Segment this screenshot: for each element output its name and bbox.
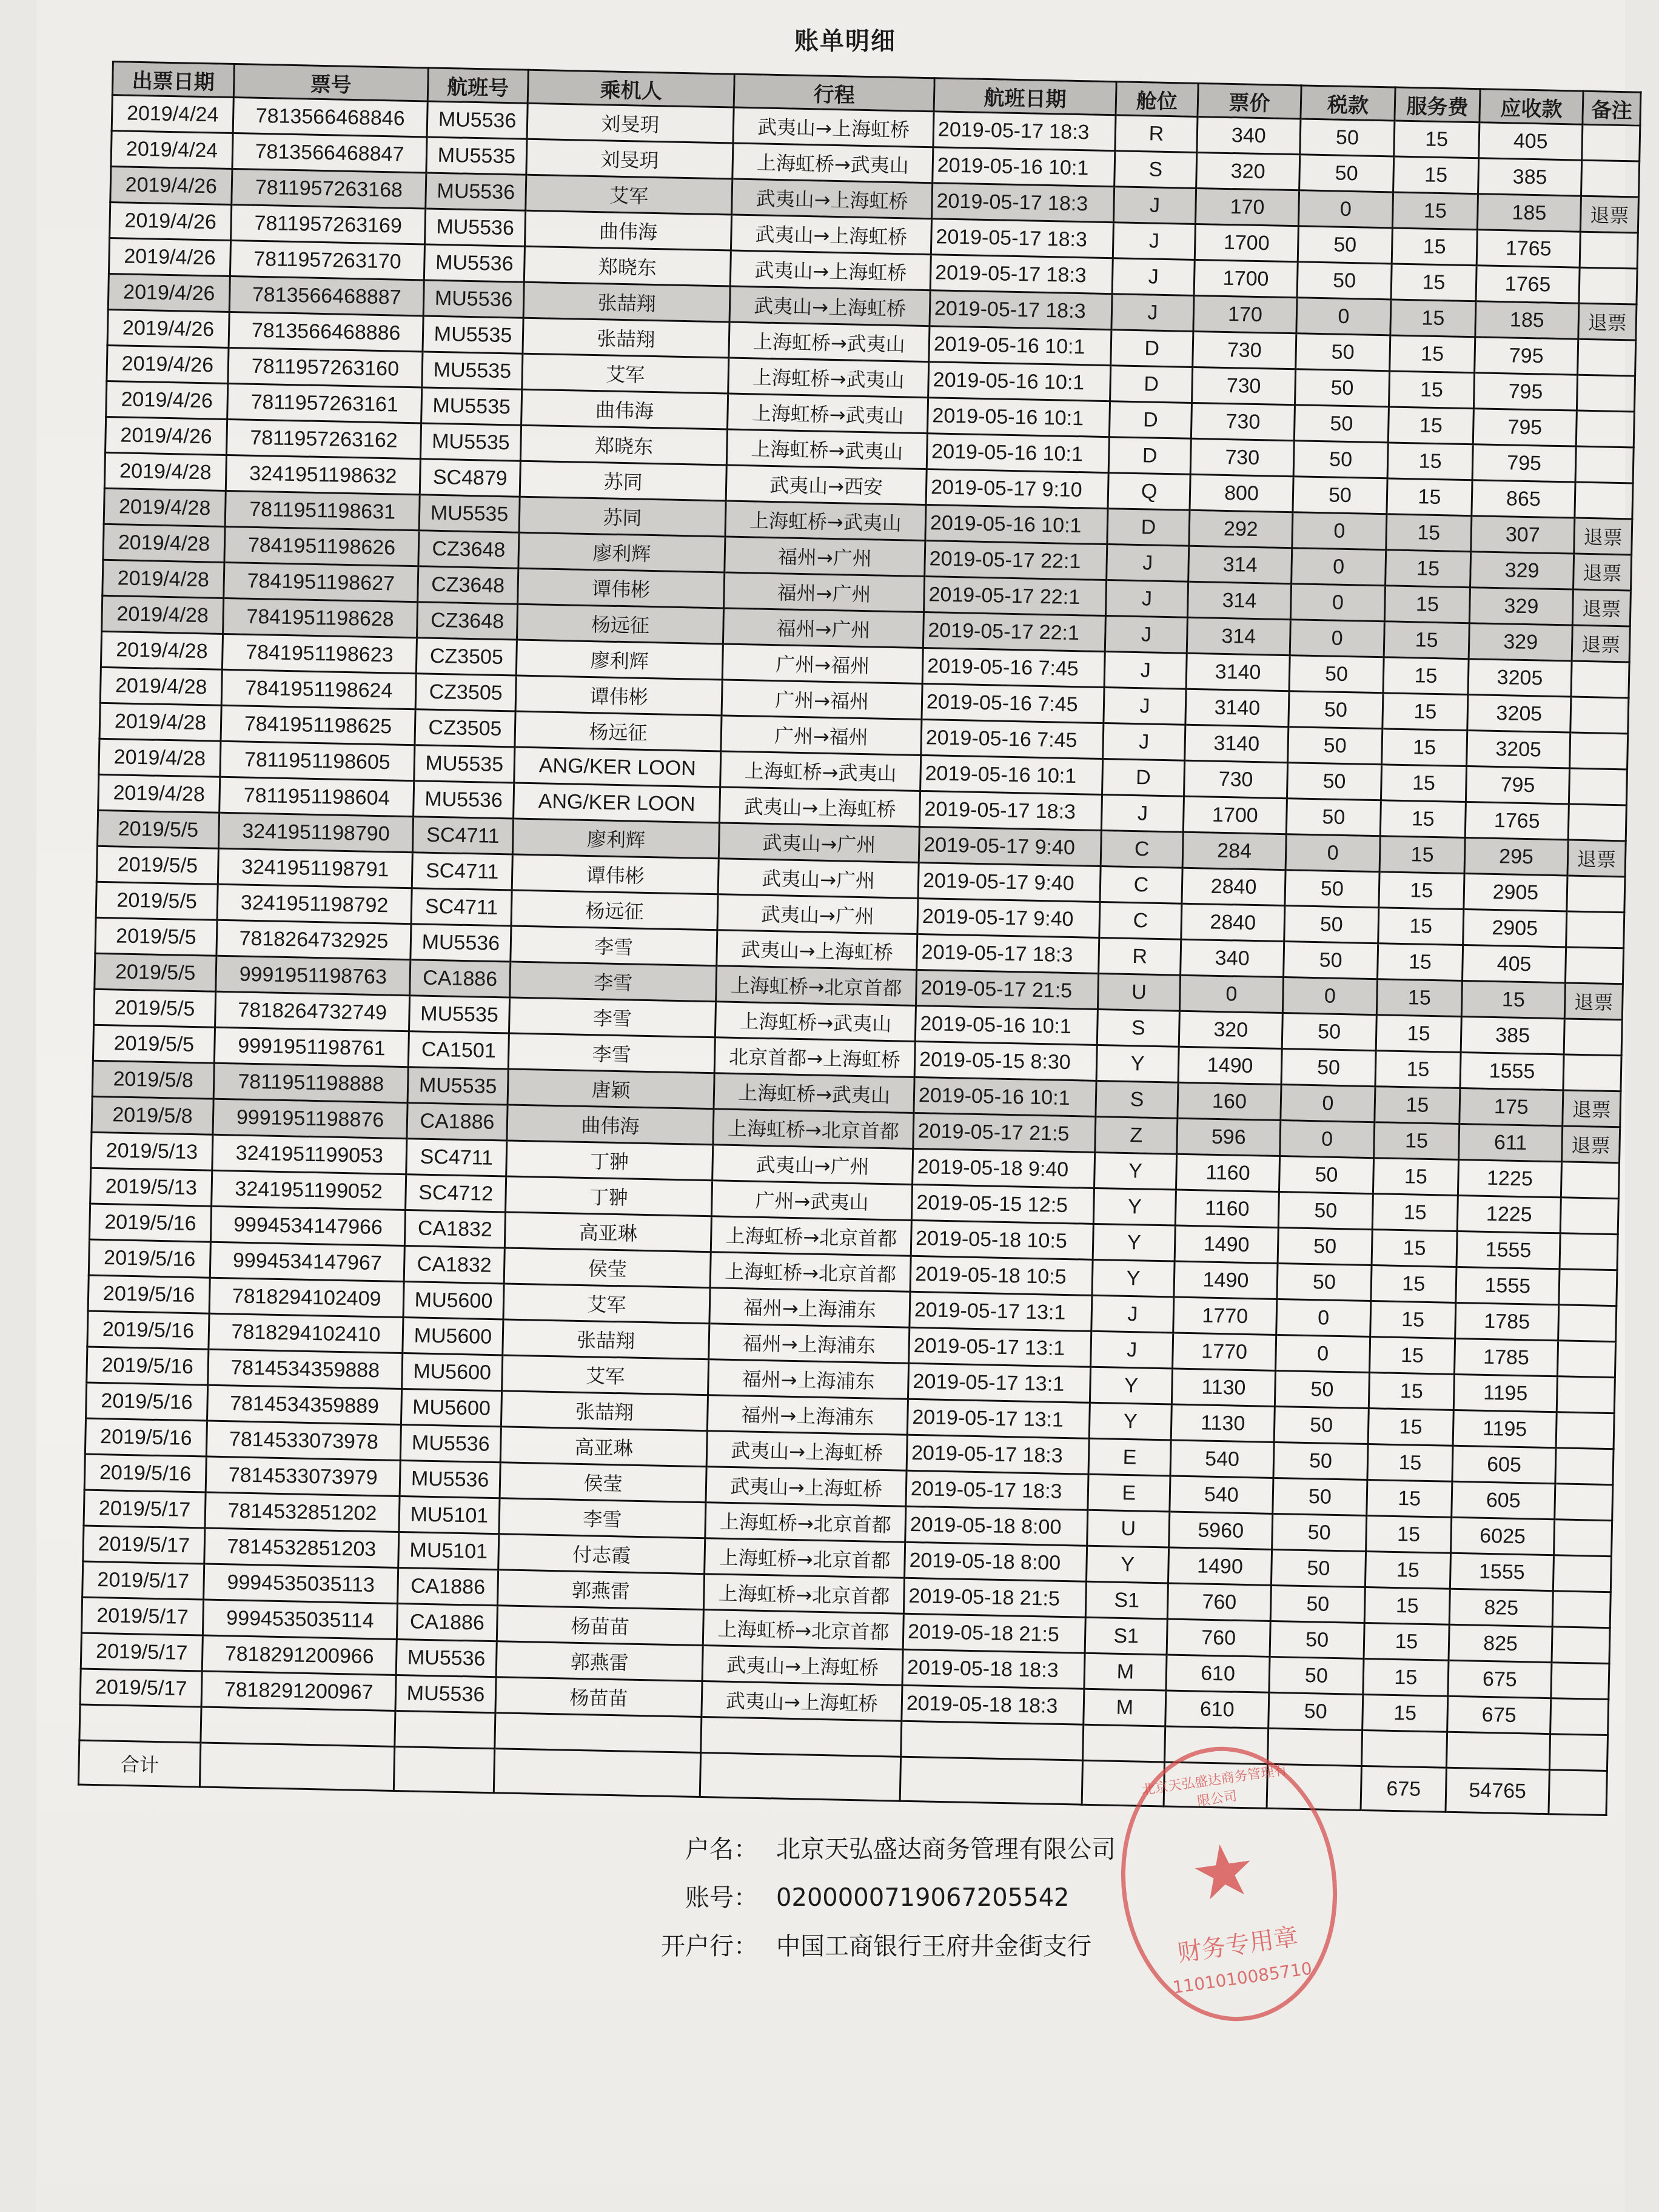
table-cell: 2019/5/5	[95, 917, 217, 956]
table-cell	[1566, 911, 1624, 948]
table-cell: 2905	[1463, 910, 1567, 947]
table-cell: 50	[1270, 1621, 1364, 1658]
table-cell: 郑晓东	[520, 425, 727, 465]
table-cell: 2019-05-17 13:1	[908, 1363, 1090, 1403]
table-cell: M	[1084, 1653, 1167, 1691]
table-cell: 760	[1167, 1583, 1271, 1621]
table-cell: 福州→上海浦东	[707, 1395, 908, 1435]
table-cell: 0	[1276, 1299, 1371, 1336]
table-cell: 廖利辉	[516, 640, 723, 680]
table-cell: 795	[1472, 444, 1576, 482]
table-cell: 15	[1384, 586, 1470, 623]
table-cell: 1700	[1195, 224, 1298, 261]
bank-name: 中国工商银行王府井金街支行	[776, 1922, 1091, 1971]
table-cell: 1490	[1174, 1261, 1278, 1299]
table-cell: 上海虹桥→北京首都	[703, 1574, 904, 1614]
table-cell: 上海虹桥→武夷山	[725, 501, 926, 541]
table-cell	[1570, 732, 1628, 769]
table-cell: CZ3505	[415, 674, 516, 711]
table-cell: 15	[1386, 550, 1471, 588]
table-cell: 2019-05-17 22:1	[923, 612, 1105, 652]
table-cell: 7841951198626	[224, 526, 419, 566]
table-cell: 50	[1296, 333, 1390, 371]
table-cell: MU5536	[395, 1675, 496, 1712]
table-cell: 2019-05-17 18:3	[907, 1435, 1089, 1474]
table-cell: CZ3648	[417, 602, 517, 640]
table-cell: 2019-05-17 9:10	[926, 469, 1108, 509]
table-cell	[1565, 947, 1623, 984]
table-cell: 795	[1475, 337, 1578, 375]
table-cell: CA1832	[404, 1246, 504, 1284]
table-cell: 郭燕雷	[497, 1570, 704, 1610]
table-cell: 15	[1387, 478, 1472, 516]
table-cell: 2019-05-17 18:3	[919, 791, 1102, 830]
table-cell: 杨远征	[511, 890, 718, 930]
table-cell: 2019-05-18 10:5	[910, 1256, 1093, 1295]
table-cell: 退票	[1574, 518, 1632, 555]
table-cell: 2019-05-17 9:40	[919, 826, 1101, 866]
table-cell: 2019/5/16	[88, 1275, 210, 1313]
table-cell: C	[1101, 830, 1183, 868]
table-cell: 15	[1378, 908, 1464, 945]
table-cell: 福州→上海浦东	[708, 1359, 909, 1399]
table-cell	[1563, 1054, 1621, 1091]
table-cell: 0	[1290, 620, 1384, 657]
table-cell: 50	[1281, 1049, 1376, 1087]
table-cell: 15	[1392, 228, 1477, 266]
table-cell: J	[1112, 258, 1195, 296]
account-name-label: 户名：	[618, 1825, 758, 1874]
table-cell	[1554, 1520, 1612, 1557]
table-cell: 2019/5/5	[96, 882, 218, 920]
table-cell: 7814532851203	[204, 1528, 399, 1567]
table-cell: 15	[1371, 1265, 1456, 1303]
table-cell: 15	[1374, 1122, 1460, 1160]
column-header: 行程	[734, 74, 934, 112]
table-cell: 1490	[1175, 1225, 1278, 1263]
table-cell: SC4711	[411, 888, 512, 926]
table-cell: MU5600	[401, 1389, 501, 1427]
table-cell: R	[1099, 937, 1181, 975]
table-cell: 7811957263168	[232, 169, 426, 209]
table-cell: MU5535	[407, 1067, 508, 1105]
table-cell: 上海虹桥→武夷山	[726, 429, 927, 469]
table-cell: 武夷山→广州	[718, 859, 919, 899]
table-cell: 2019/5/16	[86, 1382, 208, 1421]
bank-row: 开户行： 中国工商银行王府井金街支行	[618, 1922, 1116, 1971]
table-cell: MU5536	[423, 280, 524, 318]
table-cell: E	[1088, 1438, 1171, 1476]
table-cell: 1765	[1476, 230, 1580, 267]
table-cell: 2019/4/26	[110, 166, 232, 204]
table-cell: 2019/4/28	[99, 703, 221, 741]
table-cell: 15	[1362, 1694, 1448, 1732]
table-cell: 2019-05-16 7:45	[922, 648, 1105, 688]
table-cell: MU5536	[427, 101, 528, 139]
table-cell: 170	[1195, 188, 1299, 226]
table-cell: J	[1104, 652, 1187, 689]
table-cell: 福州→广州	[724, 572, 925, 612]
table-cell: 2019/5/17	[83, 1526, 205, 1564]
table-cell: 50	[1277, 1263, 1372, 1301]
table-cell: 2019/5/5	[93, 1025, 215, 1063]
table-cell: 上海虹桥→武夷山	[715, 1002, 916, 1042]
table-cell: S	[1097, 1009, 1179, 1047]
table-cell: 15	[1366, 1516, 1452, 1553]
table-cell: J	[1091, 1295, 1174, 1333]
table-cell: Y	[1090, 1367, 1172, 1404]
table-cell: 1490	[1178, 1047, 1282, 1084]
table-cell: 15	[1382, 729, 1467, 766]
table-cell: J	[1113, 187, 1196, 224]
table-cell: 15	[1363, 1658, 1449, 1696]
table-cell: 50	[1299, 155, 1394, 192]
table-cell: 15	[1375, 1051, 1461, 1088]
table-cell: 艾军	[503, 1284, 710, 1324]
table-cell: 3241951198792	[217, 884, 412, 923]
table-cell: 2019-05-17 9:40	[918, 862, 1101, 902]
table-cell: MU5536	[411, 924, 511, 962]
table-cell: SC4879	[420, 459, 520, 497]
table-cell: C	[1099, 902, 1182, 939]
column-header: 出票日期	[112, 62, 234, 98]
table-cell: Y	[1092, 1259, 1175, 1297]
table-cell: 15	[1369, 1373, 1454, 1410]
column-header: 航班号	[427, 68, 528, 103]
table-cell	[1576, 411, 1634, 447]
table-cell: 7811957263169	[231, 204, 426, 244]
table-cell	[1560, 1233, 1618, 1270]
table-cell: 广州→武夷山	[711, 1181, 912, 1221]
table-cell: 9994535035114	[203, 1600, 397, 1639]
table-cell: 730	[1193, 331, 1296, 369]
table-cell	[1550, 1698, 1609, 1735]
table-cell: 2905	[1464, 874, 1567, 911]
table-cell: 2019-05-17 18:3	[930, 290, 1112, 330]
table-cell: J	[1091, 1331, 1173, 1369]
table-cell: 曲伟海	[507, 1105, 714, 1145]
table-cell: 15	[1364, 1623, 1449, 1660]
table-cell: 2019-05-17 18:3	[930, 255, 1113, 294]
column-header: 航班日期	[934, 78, 1116, 115]
column-header: 应收款	[1480, 89, 1583, 124]
table-cell: 7813566468847	[232, 133, 427, 173]
table-cell: 730	[1184, 760, 1288, 798]
table-cell: 320	[1196, 152, 1300, 190]
column-header: 备注	[1583, 91, 1641, 126]
table-cell: 退票	[1567, 840, 1626, 877]
table-cell: 405	[1462, 945, 1566, 983]
table-cell: Y	[1089, 1403, 1171, 1440]
table-cell: 3241951198791	[218, 848, 412, 888]
table-cell: 上海虹桥→北京首都	[705, 1538, 905, 1578]
table-cell: 张喆翔	[501, 1391, 708, 1431]
table-cell: 艾军	[502, 1355, 709, 1395]
table-cell	[1578, 339, 1636, 376]
table-cell: 50	[1272, 1513, 1367, 1551]
table-cell: 2019/5/16	[84, 1454, 206, 1492]
table-cell: 上海虹桥→武夷山	[729, 322, 930, 362]
table-cell: ANG/KER LOON	[514, 783, 720, 823]
table-cell: 2019/4/26	[107, 309, 229, 347]
table-cell: 侯莹	[504, 1248, 711, 1288]
table-cell: 广州→福州	[722, 644, 923, 684]
table-cell: 596	[1177, 1118, 1281, 1156]
table-cell: 2019/4/28	[98, 774, 220, 813]
table-cell: 2019/4/28	[101, 631, 223, 669]
table-cell: 795	[1466, 766, 1569, 804]
table-cell: 15	[1364, 1587, 1450, 1624]
table-cell: 5960	[1169, 1512, 1273, 1549]
table-cell: 上海虹桥→北京首都	[711, 1216, 911, 1256]
table-cell: 2019/5/16	[87, 1311, 209, 1349]
table-cell: J	[1107, 545, 1189, 582]
table-cell: 3241951198790	[218, 813, 413, 852]
table-cell: 谭伟彬	[518, 568, 725, 608]
table-cell	[1557, 1376, 1615, 1413]
table-cell: J	[1105, 616, 1187, 654]
table-cell: 15	[1376, 979, 1462, 1017]
column-header: 票号	[233, 64, 428, 101]
table-cell	[1555, 1484, 1613, 1521]
table-cell: 李雪	[511, 926, 717, 966]
table-cell: 15	[1370, 1301, 1456, 1339]
table-cell: 丁翀	[506, 1176, 712, 1216]
table-cell: 825	[1449, 1589, 1553, 1626]
table-cell: 9991951198763	[216, 956, 411, 995]
table-cell: 郭燕雷	[496, 1641, 703, 1681]
table-cell: 7811951198604	[220, 777, 414, 816]
table-cell: R	[1115, 115, 1198, 153]
table-cell: 7818294102409	[209, 1278, 404, 1317]
table-cell: 7818294102410	[209, 1313, 403, 1353]
table-cell: 15	[1386, 514, 1472, 552]
table-cell: 刘旻玥	[526, 139, 733, 179]
table-cell: 2019/5/13	[91, 1132, 213, 1170]
table-cell: CZ3648	[418, 566, 518, 604]
table-cell: 上海虹桥→北京首都	[716, 966, 917, 1006]
table-cell: 284	[1182, 832, 1286, 870]
table-cell: 730	[1192, 367, 1296, 404]
table-cell: 高亚琳	[500, 1427, 707, 1467]
table-cell: 2019/4/26	[110, 202, 232, 240]
table-cell: 杨远征	[517, 604, 723, 644]
table-cell: ANG/KER LOON	[514, 747, 721, 787]
table-cell: 50	[1284, 942, 1378, 979]
table-cell: 2019/5/17	[81, 1597, 203, 1635]
table-cell: 张喆翔	[523, 318, 729, 358]
table-cell	[1577, 375, 1635, 412]
table-cell: 2019/5/17	[80, 1669, 202, 1707]
table-cell: 上海虹桥→北京首都	[713, 1109, 914, 1149]
table-cell: MU5536	[400, 1425, 501, 1463]
table-cell: U	[1098, 973, 1180, 1011]
table-cell: 李雪	[510, 962, 717, 1002]
bank-label: 开户行：	[618, 1922, 758, 1971]
table-cell: U	[1087, 1510, 1170, 1547]
table-cell: 李雪	[499, 1498, 706, 1538]
table-cell: 50	[1294, 405, 1389, 443]
table-cell: CA1886	[407, 1103, 508, 1141]
table-cell: 2019-05-17 21:5	[916, 970, 1098, 1009]
table-cell: 825	[1449, 1624, 1552, 1662]
table-cell: 50	[1271, 1549, 1366, 1587]
table-cell: 福州→上海浦东	[709, 1288, 910, 1328]
table-cell: 0	[1282, 977, 1377, 1015]
table-cell: SC4712	[406, 1175, 506, 1212]
table-cell	[1570, 697, 1629, 734]
table-cell: 2019/5/16	[87, 1347, 209, 1385]
table-cell	[1571, 661, 1629, 698]
table-cell: 292	[1189, 510, 1293, 548]
table-cell: Q	[1108, 473, 1190, 511]
table-cell: 2019/4/28	[102, 560, 224, 598]
table-cell: 340	[1181, 939, 1284, 977]
table-cell: SC4711	[412, 853, 512, 890]
table-cell: 2019/4/24	[112, 95, 233, 133]
bill-table-wrapper: 出票日期票号航班号乘机人行程航班日期舱位票价税款服务费应收款备注 2019/4/…	[78, 61, 1640, 1816]
table-body: 2019/4/247813566468846MU5536刘旻玥武夷山→上海虹桥2…	[80, 95, 1640, 1735]
column-header: 舱位	[1116, 82, 1198, 117]
table-cell: 高亚琳	[504, 1212, 711, 1252]
table-cell: 50	[1289, 655, 1384, 693]
table-cell: 2019/5/16	[89, 1204, 211, 1242]
table-cell: 7818291200967	[201, 1671, 396, 1711]
table-cell: 7814534359888	[208, 1349, 403, 1389]
table-cell: 张喆翔	[523, 282, 730, 322]
table-cell: 15	[1461, 980, 1565, 1018]
table-cell: 1195	[1453, 1410, 1557, 1447]
table-cell: 15	[1373, 1158, 1458, 1196]
table-cell: 福州→广州	[725, 537, 925, 577]
table-cell: 7814532851202	[205, 1492, 400, 1532]
table-cell	[1558, 1305, 1617, 1342]
table-cell: 2019/4/28	[99, 739, 221, 777]
table-cell: 杨远征	[515, 711, 722, 751]
star-icon: ★	[1185, 1826, 1262, 1919]
table-cell: 福州→广州	[723, 608, 923, 648]
table-cell: 329	[1469, 588, 1573, 625]
table-cell: CA1886	[397, 1603, 497, 1641]
table-cell: 15	[1389, 371, 1474, 409]
table-cell: 2019/4/28	[103, 524, 225, 562]
table-cell: 7811951198605	[220, 741, 415, 780]
column-header: 税款	[1301, 85, 1395, 121]
table-cell: Z	[1095, 1116, 1178, 1154]
table-cell: 武夷山→上海虹桥	[719, 787, 920, 827]
table-cell: 2019-05-17 22:1	[925, 541, 1107, 580]
table-cell: 675	[1447, 1696, 1551, 1734]
table-cell: 2019-05-17 13:1	[910, 1292, 1092, 1331]
table-cell: 武夷山→上海虹桥	[731, 215, 931, 255]
table-cell: MU5535	[419, 495, 520, 532]
table-cell: 7813566468887	[229, 276, 424, 315]
table-cell: Y	[1093, 1224, 1175, 1261]
table-cell: 2019-05-16 10:1	[914, 1077, 1096, 1116]
table-cell: 2019/5/13	[90, 1168, 212, 1206]
table-cell: 1160	[1175, 1190, 1279, 1227]
table-cell: J	[1103, 723, 1185, 761]
table-cell: 2019/5/16	[89, 1239, 210, 1278]
table-cell: 1785	[1454, 1338, 1558, 1376]
table-cell: 7811957263160	[228, 347, 423, 387]
table-cell: 9991951198876	[213, 1099, 407, 1138]
table-cell: 2019-05-16 10:1	[927, 398, 1110, 437]
table-cell: 廖利辉	[518, 532, 725, 572]
table-cell: 329	[1470, 552, 1574, 589]
table-cell: 2019-05-18 10:5	[911, 1220, 1093, 1259]
table-cell: 15	[1365, 1551, 1450, 1589]
table-cell: 7841951198627	[224, 562, 418, 602]
table-cell: 2019-05-17 18:3	[931, 219, 1113, 258]
table-cell	[1553, 1555, 1611, 1592]
table-cell: 郑晓东	[524, 246, 731, 286]
table-cell: 武夷山→上海虹桥	[729, 286, 930, 326]
table-cell	[1579, 267, 1637, 304]
table-cell: MU5600	[403, 1282, 504, 1319]
table-cell: Y	[1093, 1188, 1176, 1225]
table-cell: 7841951198628	[223, 598, 418, 637]
table-cell: 50	[1273, 1442, 1368, 1480]
column-header: 服务费	[1395, 87, 1480, 122]
table-cell	[1582, 124, 1640, 161]
table-cell: 2019/4/26	[109, 238, 230, 276]
table-cell: 314	[1187, 617, 1290, 655]
table-cell: 15	[1379, 836, 1465, 874]
table-cell: 730	[1191, 403, 1295, 440]
table-cell: 1555	[1460, 1052, 1564, 1090]
table-cell: J	[1111, 294, 1194, 332]
table-cell: MU5536	[414, 781, 514, 819]
table-cell: 2019-05-16 10:1	[933, 147, 1115, 187]
table-cell: 曲伟海	[521, 389, 728, 429]
table-cell: 170	[1193, 295, 1297, 333]
table-cell: 50	[1289, 691, 1383, 729]
table-cell: 865	[1472, 480, 1575, 518]
bill-table: 出票日期票号航班号乘机人行程航班日期舱位票价税款服务费应收款备注 2019/4/…	[78, 61, 1642, 1816]
table-cell: 15	[1383, 657, 1469, 695]
table-cell: 2019-05-18 18:3	[902, 1685, 1084, 1724]
table-cell: 9994535035113	[204, 1564, 398, 1603]
table-cell	[1575, 482, 1633, 519]
table-cell: 唐颖	[508, 1069, 714, 1109]
table-cell: 795	[1473, 373, 1577, 411]
table-cell: 艾军	[526, 175, 732, 215]
table-cell: 上海虹桥→北京首都	[710, 1252, 911, 1292]
table-cell: 385	[1461, 1016, 1564, 1054]
table-cell: 1700	[1194, 260, 1298, 297]
table-cell: 50	[1285, 870, 1379, 908]
table-cell: 795	[1473, 409, 1577, 446]
table-cell: 武夷山→上海虹桥	[717, 930, 917, 970]
table-cell: 0	[1292, 548, 1386, 586]
table-cell: 50	[1269, 1692, 1363, 1730]
table-cell: 2019/5/16	[85, 1418, 207, 1456]
table-cell: 7818264732925	[216, 920, 411, 959]
table-cell: 50	[1273, 1478, 1367, 1515]
table-cell: 上海虹桥→武夷山	[720, 751, 921, 791]
table-cell	[1559, 1269, 1617, 1306]
table-cell: 武夷山→广州	[712, 1145, 913, 1185]
table-cell: MU5535	[422, 352, 523, 389]
table-cell: 50	[1269, 1657, 1364, 1694]
table-cell: 2019/4/26	[108, 273, 230, 312]
table-cell: D	[1109, 401, 1191, 439]
table-cell: 谭伟彬	[512, 854, 719, 894]
table-cell: 苏同	[519, 497, 726, 537]
table-cell: 7814533073979	[206, 1456, 400, 1496]
table-cell: SC4711	[412, 817, 513, 854]
